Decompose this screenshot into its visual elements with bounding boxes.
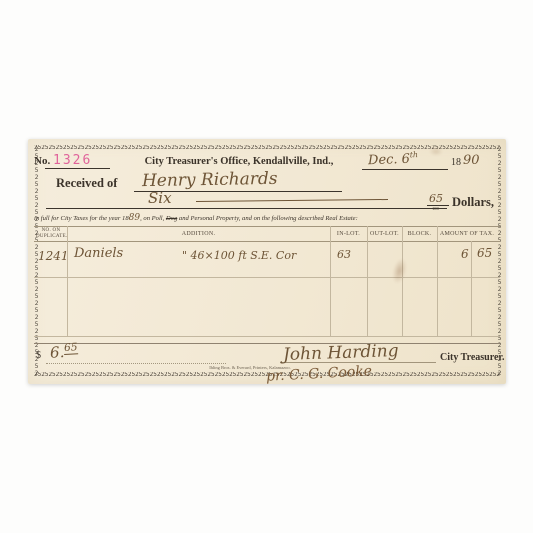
description-part3: and Personal Property, and on the follow… xyxy=(177,215,358,222)
ink-smudge-top-right xyxy=(429,147,443,156)
description-part1: in full for City Taxes for the year 18 xyxy=(34,215,129,222)
column-rule-addition xyxy=(330,226,331,336)
header-duplicate-line2: DUPLICATE. xyxy=(36,234,67,239)
footer-top-rule xyxy=(34,343,500,344)
cents-numerator: 65 xyxy=(429,192,443,205)
total-cents: 65 xyxy=(64,341,78,355)
header-cell-duplicate: NO. ON DUPLICATE. xyxy=(36,228,66,240)
dollars-label: Dollars, xyxy=(452,195,494,210)
year-handwritten: 90 xyxy=(463,153,480,168)
amount-rule xyxy=(46,208,447,209)
header-cell-addition: ADDITION. xyxy=(67,231,330,237)
table-row-rule xyxy=(34,277,500,278)
year-prefix: 18 xyxy=(451,157,461,168)
receipt-no-label: No. xyxy=(34,155,50,167)
date-rule xyxy=(362,169,448,170)
column-rule-duplicate xyxy=(67,226,68,336)
total-currency-sign: $ xyxy=(36,350,41,361)
header-cell-amount: AMOUNT OF TAX. xyxy=(437,231,497,237)
treasurer-title: City Treasurer. xyxy=(440,352,504,363)
column-rule-cents xyxy=(471,241,472,336)
row-tax-dollars: 6 xyxy=(461,247,469,261)
total-dollars: 6. xyxy=(50,343,65,362)
table-top-rule xyxy=(34,226,500,227)
row-tax-cents: 65 xyxy=(477,246,492,260)
office-title: City Treasurer's Office, Kendallville, I… xyxy=(116,156,362,167)
treasurer-signature: John Harding xyxy=(283,341,399,365)
description-part2: , on Poll, xyxy=(140,215,166,222)
total-dotted-rule xyxy=(46,363,226,364)
table-bottom-rule xyxy=(34,336,500,337)
column-rule-inlot xyxy=(367,226,368,336)
description-struck-word: Dog xyxy=(166,215,177,222)
column-rule-block xyxy=(437,226,438,336)
row-duplicate-no: 1241 xyxy=(38,249,69,263)
description-year-handwritten: 89 xyxy=(129,213,140,223)
receipt-no-rule xyxy=(45,168,110,169)
description-line: in full for City Taxes for the year 1889… xyxy=(34,213,384,223)
header-duplicate-line1: NO. ON xyxy=(42,228,61,233)
amount-words: Six xyxy=(148,189,172,207)
payer-name: Henry Richards xyxy=(142,169,278,191)
table-header-rule xyxy=(34,241,500,242)
date-handwritten: Dec. 6th xyxy=(368,150,419,168)
header-cell-outlot: OUT-LOT. xyxy=(367,231,402,237)
date-text: Dec. 6 xyxy=(368,152,410,168)
cents-denominator: 100 xyxy=(432,206,439,211)
greek-key-border-right: 2525252525252525252525252525252525252525… xyxy=(496,146,502,376)
received-of-label: Received of xyxy=(56,176,117,191)
header-cell-block: BLOCK. xyxy=(402,231,437,237)
row-lot-description: " 46×100 ft S.E. Cor xyxy=(182,249,296,262)
header-cell-inlot: IN-LOT. xyxy=(330,231,367,237)
date-ordinal: th xyxy=(410,150,418,159)
row-addition-name: Daniels xyxy=(74,246,123,261)
scanned-receipt-photo: 2525252525252525252525252525252525252525… xyxy=(0,0,533,533)
receipt-number-stamp: 1326 xyxy=(53,153,92,168)
row-inlot-value: 63 xyxy=(337,248,351,261)
total-amount: 6.65 xyxy=(50,341,79,361)
